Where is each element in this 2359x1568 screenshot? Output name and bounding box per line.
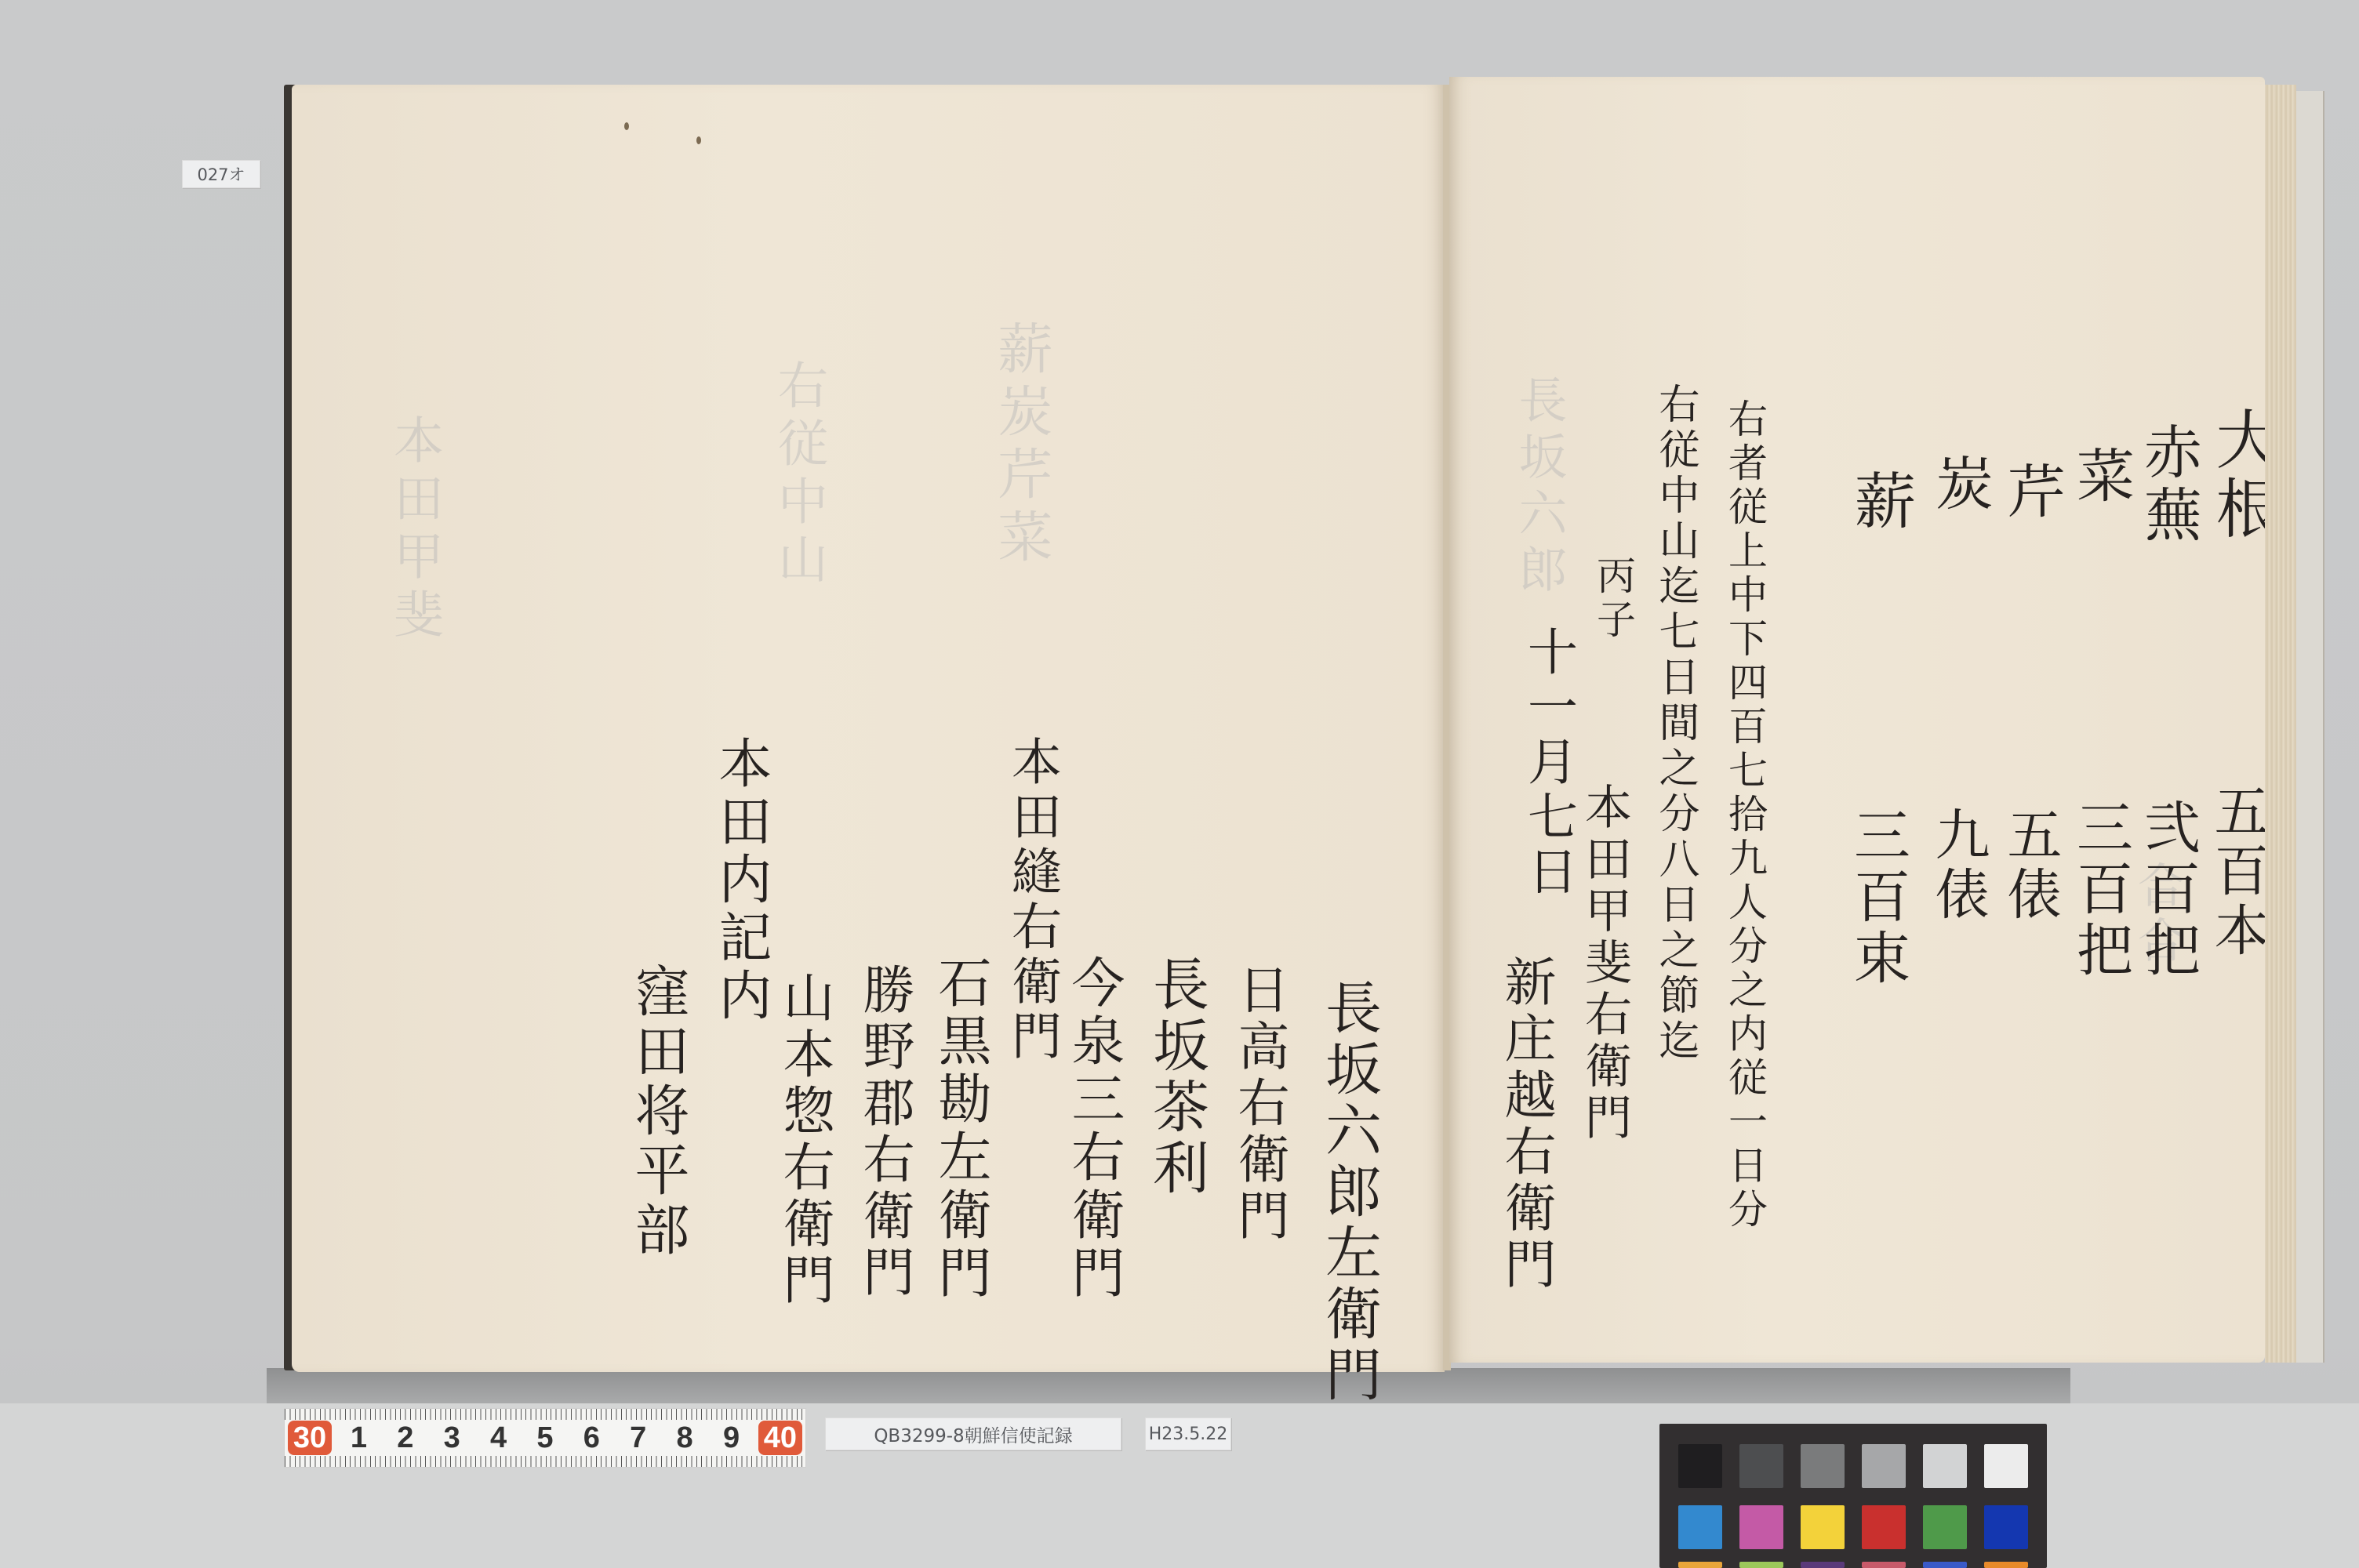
sender-name: 本田内記内: [714, 735, 767, 1025]
measurement-ruler: 30 1 2 3 4 5 6 7 8 9 40: [284, 1408, 806, 1468]
document-date: 十一月七日: [1523, 626, 1573, 900]
left-page: 薪炭芹菜 右従中山 本田甲斐 長坂六郎左衛門 日高右衛門 長坂茶利 今泉三右衛門…: [292, 85, 1445, 1372]
recipient-name: 日高右衛門: [1233, 963, 1285, 1245]
bleed-through-text: 長坂六郎: [1504, 375, 1574, 601]
body-line: 右者従上中下四百七拾九人分之内従一日分: [1725, 398, 1765, 1232]
right-page: 長坂六郎 合合 大根 五百本 赤蕪 弐百把 菜 三百把 芹 五俵 炭 九俵 薪 …: [1449, 77, 2265, 1363]
ruler-tick-label: 9: [712, 1421, 751, 1455]
color-swatch: [1923, 1444, 1967, 1488]
color-swatch: [1739, 1562, 1783, 1568]
item-name: 赤蕪: [2139, 422, 2197, 547]
color-swatch: [1678, 1562, 1722, 1568]
color-swatch: [1678, 1505, 1722, 1549]
ruler-tick-label: 7: [619, 1421, 658, 1455]
color-swatch: [1678, 1444, 1722, 1488]
ruler-tick-label: 6: [572, 1421, 611, 1455]
color-swatch: [1984, 1444, 2028, 1488]
ruler-end-mark: 40: [758, 1421, 802, 1455]
ruler-tick-label: 1: [339, 1421, 378, 1455]
wormhole-mark: [624, 122, 629, 130]
item-qty: 弐百把: [2139, 798, 2196, 982]
ruler-start-mark: 30: [288, 1421, 332, 1455]
ruler-tick-label: 3: [432, 1421, 471, 1455]
color-swatch: [1923, 1562, 1967, 1568]
color-swatch: [1862, 1562, 1906, 1568]
bleed-through-text: 右従中山: [762, 359, 834, 591]
recipient-name: 新庄越右衛門: [1499, 955, 1551, 1294]
recipient-name: 石黒勘左衛門: [933, 955, 987, 1303]
color-swatch: [1801, 1505, 1845, 1549]
recipient-name: 長坂六郎左衛門: [1321, 978, 1377, 1406]
recipient-name: 勝野郡右衛門: [858, 963, 910, 1301]
bleed-through-text: 本田甲斐: [378, 414, 450, 646]
item-qty: 三百束: [1849, 806, 1906, 989]
color-swatch: [1801, 1444, 1845, 1488]
era-year: 丙子: [1594, 555, 1633, 643]
catalog-label: QB3299-8朝鮮信使記録: [825, 1417, 1121, 1450]
ruler-tick-label: 8: [665, 1421, 704, 1455]
color-swatch: [1739, 1444, 1783, 1488]
body-line: 右従中山迄七日間之分八日之節迄: [1655, 383, 1696, 1065]
item-name: 菜: [2072, 445, 2130, 508]
recipient-name: 長坂茶利: [1148, 955, 1205, 1200]
back-cover: [2296, 91, 2324, 1363]
color-swatch: [1984, 1505, 2028, 1549]
color-swatch: [1862, 1444, 1906, 1488]
final-name: 窪田将平部: [631, 963, 685, 1261]
sender-name: 本田縫右衛門: [1007, 735, 1057, 1065]
item-qty: 五百本: [2210, 782, 2265, 961]
item-name: 炭: [1931, 453, 1989, 516]
item-name: 芹: [2003, 461, 2061, 524]
ruler-tick-label: 2: [386, 1421, 425, 1455]
wormhole-mark: [696, 136, 701, 144]
ruler-tick-label: 5: [525, 1421, 565, 1455]
color-swatch: [1923, 1505, 1967, 1549]
item-name: 薪: [1849, 469, 1910, 535]
color-checker-card: [1659, 1424, 2047, 1568]
color-swatch: [1801, 1562, 1845, 1568]
color-swatch: [1984, 1562, 2028, 1568]
recipient-name: 山本惣右衛門: [778, 971, 830, 1309]
recipient-name: 今泉三右衛門: [1067, 955, 1120, 1303]
page-label-left: 027オ: [182, 160, 260, 188]
color-swatch: [1739, 1505, 1783, 1549]
sender-name: 本田甲斐右衛門: [1581, 782, 1628, 1145]
item-qty: 三百把: [2072, 798, 2128, 982]
date-label: H23.5.22: [1145, 1417, 1231, 1450]
item-qty: 九俵: [1931, 806, 1986, 925]
color-swatch: [1862, 1505, 1906, 1549]
bleed-through-text: 薪炭芹菜: [982, 320, 1061, 571]
book-shadow: [267, 1368, 2070, 1403]
item-qty: 五俵: [2003, 806, 2058, 925]
open-book: 薪炭芹菜 右従中山 本田甲斐 長坂六郎左衛門 日高右衛門 長坂茶利 今泉三右衛門…: [284, 77, 2058, 1372]
page-fore-edge: [2265, 85, 2296, 1363]
ruler-tick-label: 4: [479, 1421, 518, 1455]
